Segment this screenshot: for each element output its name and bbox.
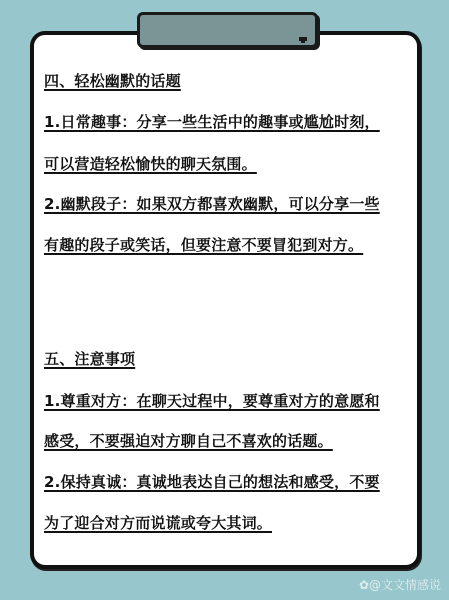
section-5-item-1-line-1: 1.尊重对方：在聊天过程中，要尊重对方的意愿和 <box>44 390 380 411</box>
tab-notch-icon <box>299 37 307 41</box>
section-4-heading: 四、轻松幽默的话题 <box>44 70 181 91</box>
clipboard-tab <box>137 12 318 48</box>
section-5-item-2-line-1: 2.保持真诚：真诚地表达自己的想法和感受，不要 <box>44 471 380 492</box>
section-5-heading: 五、注意事项 <box>44 348 135 369</box>
section-4-item-1-line-2: 可以营造轻松愉快的聊天氛围。 <box>44 153 257 174</box>
watermark: ✿@文文情感说 <box>359 576 441 593</box>
section-5-item-1-line-2: 感受，不要强迫对方聊自己不喜欢的话题。 <box>44 430 333 451</box>
watermark-text: ✿@文文情感说 <box>359 578 441 592</box>
section-4-item-1-line-1: 1.日常趣事：分享一些生活中的趣事或尴尬时刻， <box>44 111 380 132</box>
section-5-item-2-line-2: 为了迎合对方而说谎或夸大其词。 <box>44 512 272 533</box>
section-4-item-2-line-2: 有趣的段子或笑话，但要注意不要冒犯到对方。 <box>44 234 363 255</box>
section-4-item-2-line-1: 2.幽默段子：如果双方都喜欢幽默，可以分享一些 <box>44 193 380 214</box>
